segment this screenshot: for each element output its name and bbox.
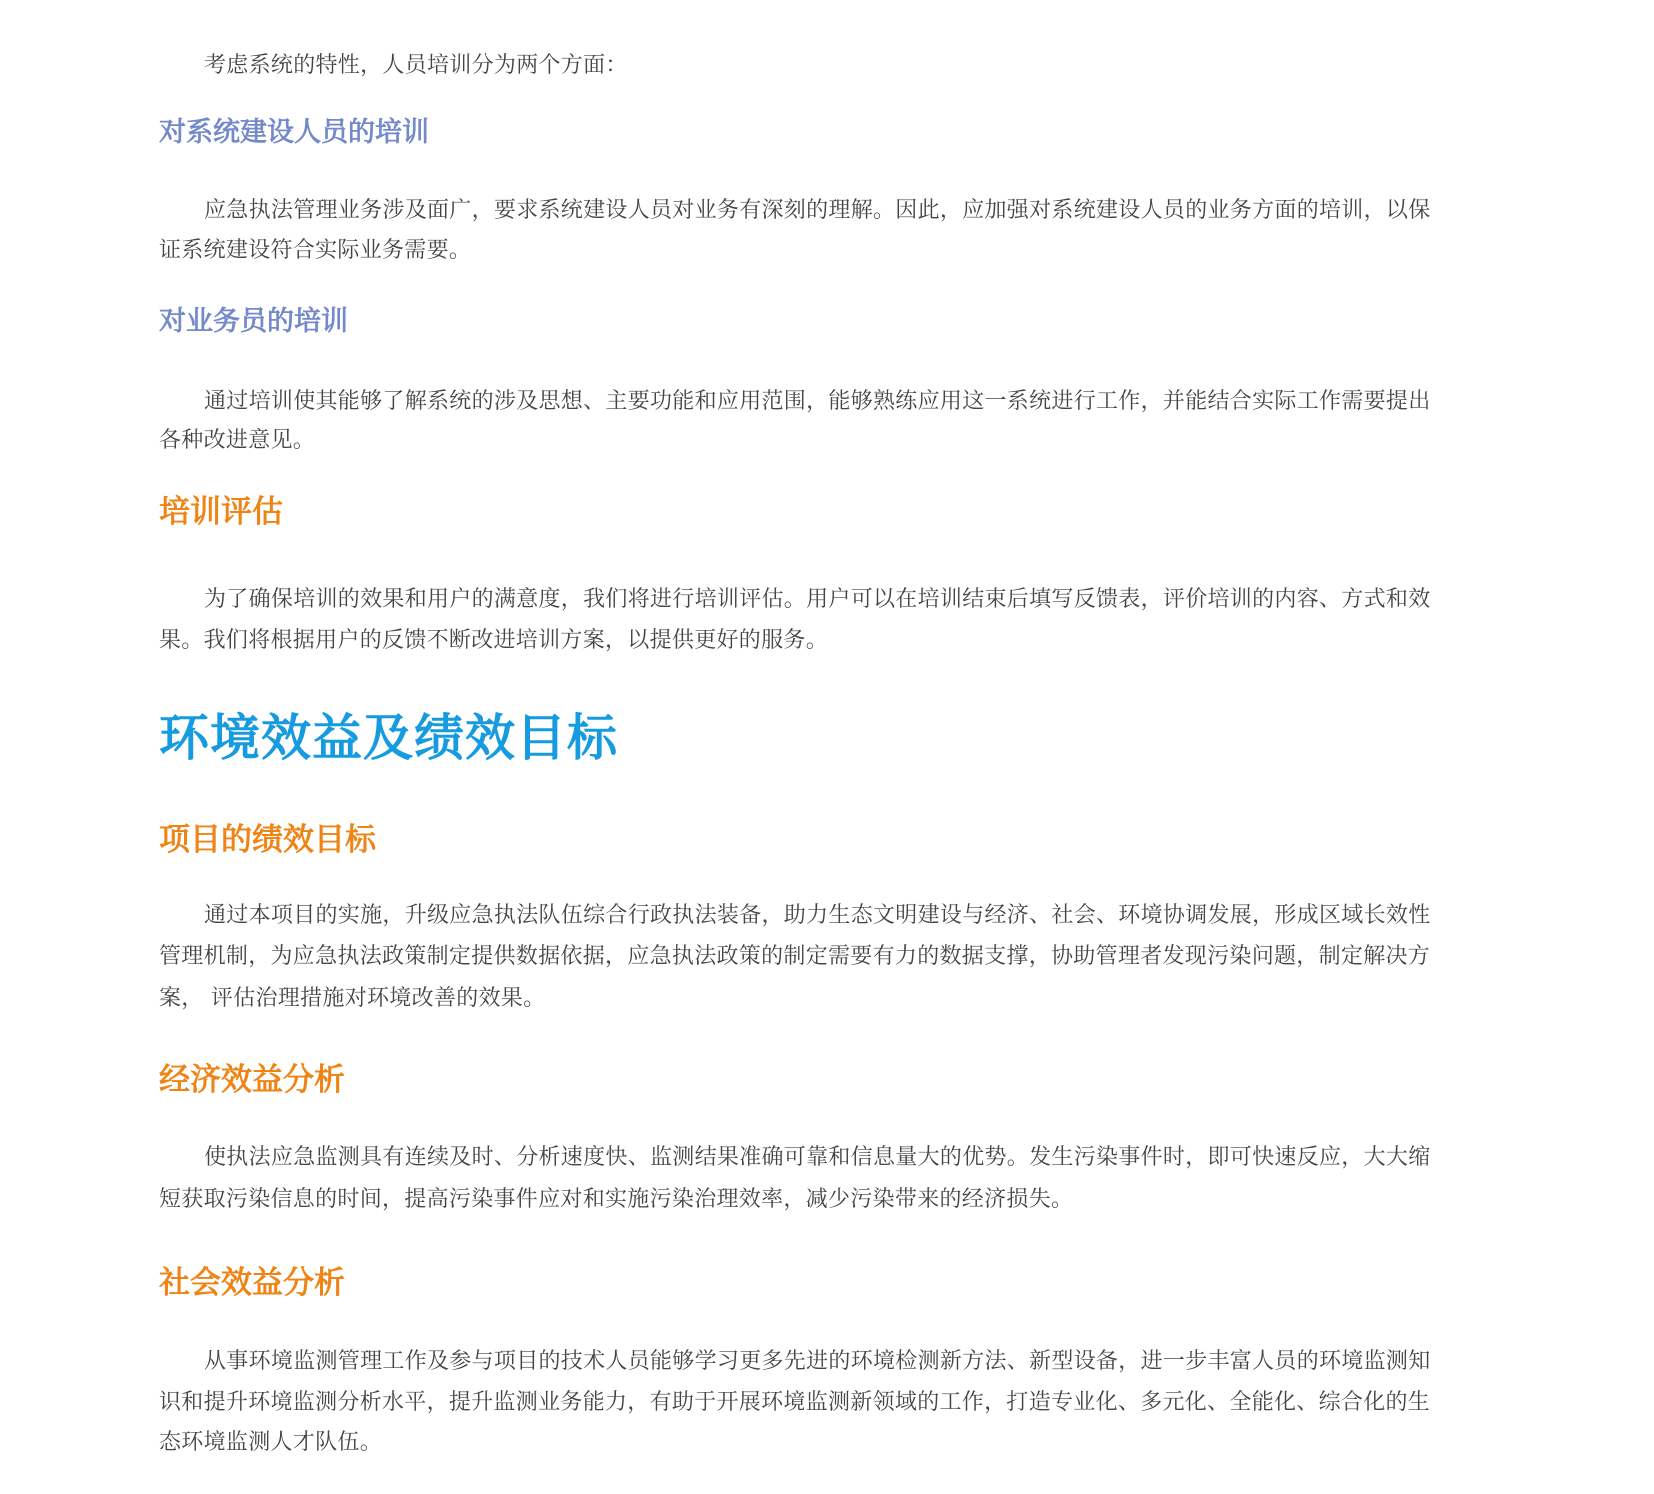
chapter-title: 环境效益及绩效目标 — [159, 698, 618, 770]
paragraph-line: 管理机制，为应急执法政策制定提供数据依据，应急执法政策的制定需要有力的数据支撑，… — [159, 939, 1430, 970]
section-heading-performance-goals: 项目的绩效目标 — [159, 814, 376, 859]
paragraph-line: 为了确保培训的效果和用户的满意度，我们将进行培训评估。用户可以在培训结束后填写反… — [204, 582, 1431, 613]
paragraph-line: 证系统建设符合实际业务需要。 — [159, 233, 471, 264]
section-heading-economic-benefits: 经济效益分析 — [159, 1054, 345, 1099]
paragraph-line: 通过培训使其能够了解系统的涉及思想、主要功能和应用范围，能够熟练应用这一系统进行… — [204, 384, 1431, 415]
section-heading-staff-training: 对业务员的培训 — [159, 299, 348, 338]
paragraph-line: 通过本项目的实施，升级应急执法队伍综合行政执法装备，助力生态文明建设与经济、社会… — [204, 898, 1431, 929]
section-heading-social-benefits: 社会效益分析 — [159, 1257, 345, 1302]
section-heading-builder-training: 对系统建设人员的培训 — [159, 110, 429, 149]
paragraph-line: 识和提升环境监测分析水平，提升监测业务能力，有助于开展环境监测新领域的工作，打造… — [159, 1385, 1430, 1416]
paragraph-line: 使执法应急监测具有连续及时、分析速度快、监测结果准确可靠和信息量大的优势。发生污… — [204, 1140, 1431, 1171]
paragraph-line: 案， 评估治理措施对环境改善的效果。 — [159, 981, 545, 1012]
paragraph-line: 短获取污染信息的时间，提高污染事件应对和实施污染治理效率，减少污染带来的经济损失… — [159, 1182, 1073, 1213]
paragraph-line: 应急执法管理业务涉及面广，要求系统建设人员对业务有深刻的理解。因此，应加强对系统… — [204, 193, 1431, 224]
intro-paragraph: 考虑系统的特性，人员培训分为两个方面： — [204, 48, 628, 79]
paragraph-line: 态环境监测人才队伍。 — [159, 1425, 382, 1456]
paragraph-line: 各种改进意见。 — [159, 423, 315, 454]
section-heading-training-evaluation: 培训评估 — [159, 486, 283, 531]
paragraph-line: 从事环境监测管理工作及参与项目的技术人员能够学习更多先进的环境检测新方法、新型设… — [204, 1344, 1431, 1375]
paragraph-line: 果。我们将根据用户的反馈不断改进培训方案，以提供更好的服务。 — [159, 623, 828, 654]
